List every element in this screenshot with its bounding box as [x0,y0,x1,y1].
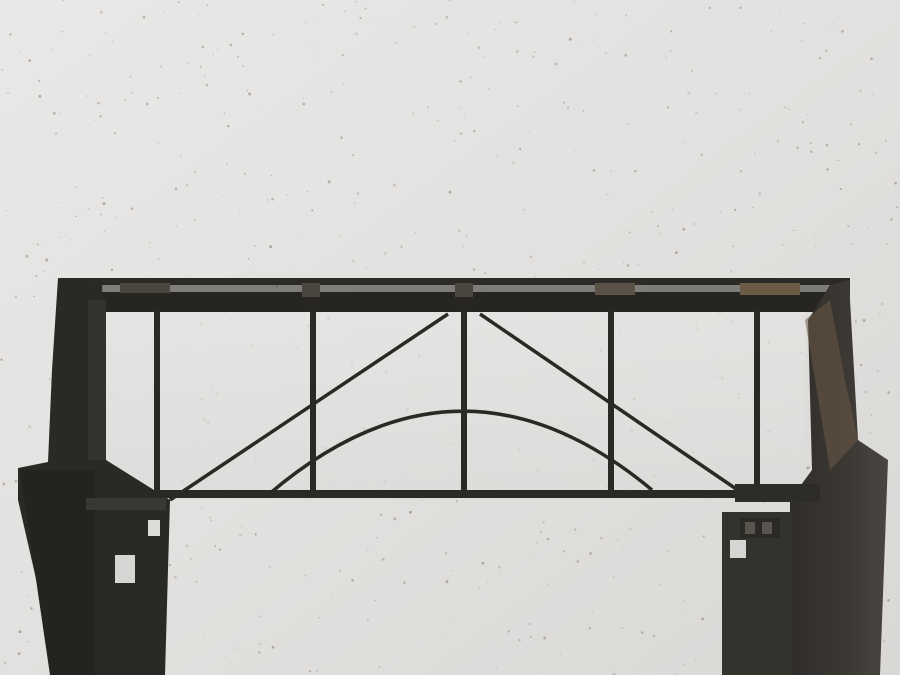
right-bracket-hole [730,540,746,558]
inner-panel [105,305,805,500]
left-bracket-hole [115,555,135,583]
bottom-rail [140,490,780,498]
top-rail [60,278,850,312]
photo-scene [0,0,900,675]
